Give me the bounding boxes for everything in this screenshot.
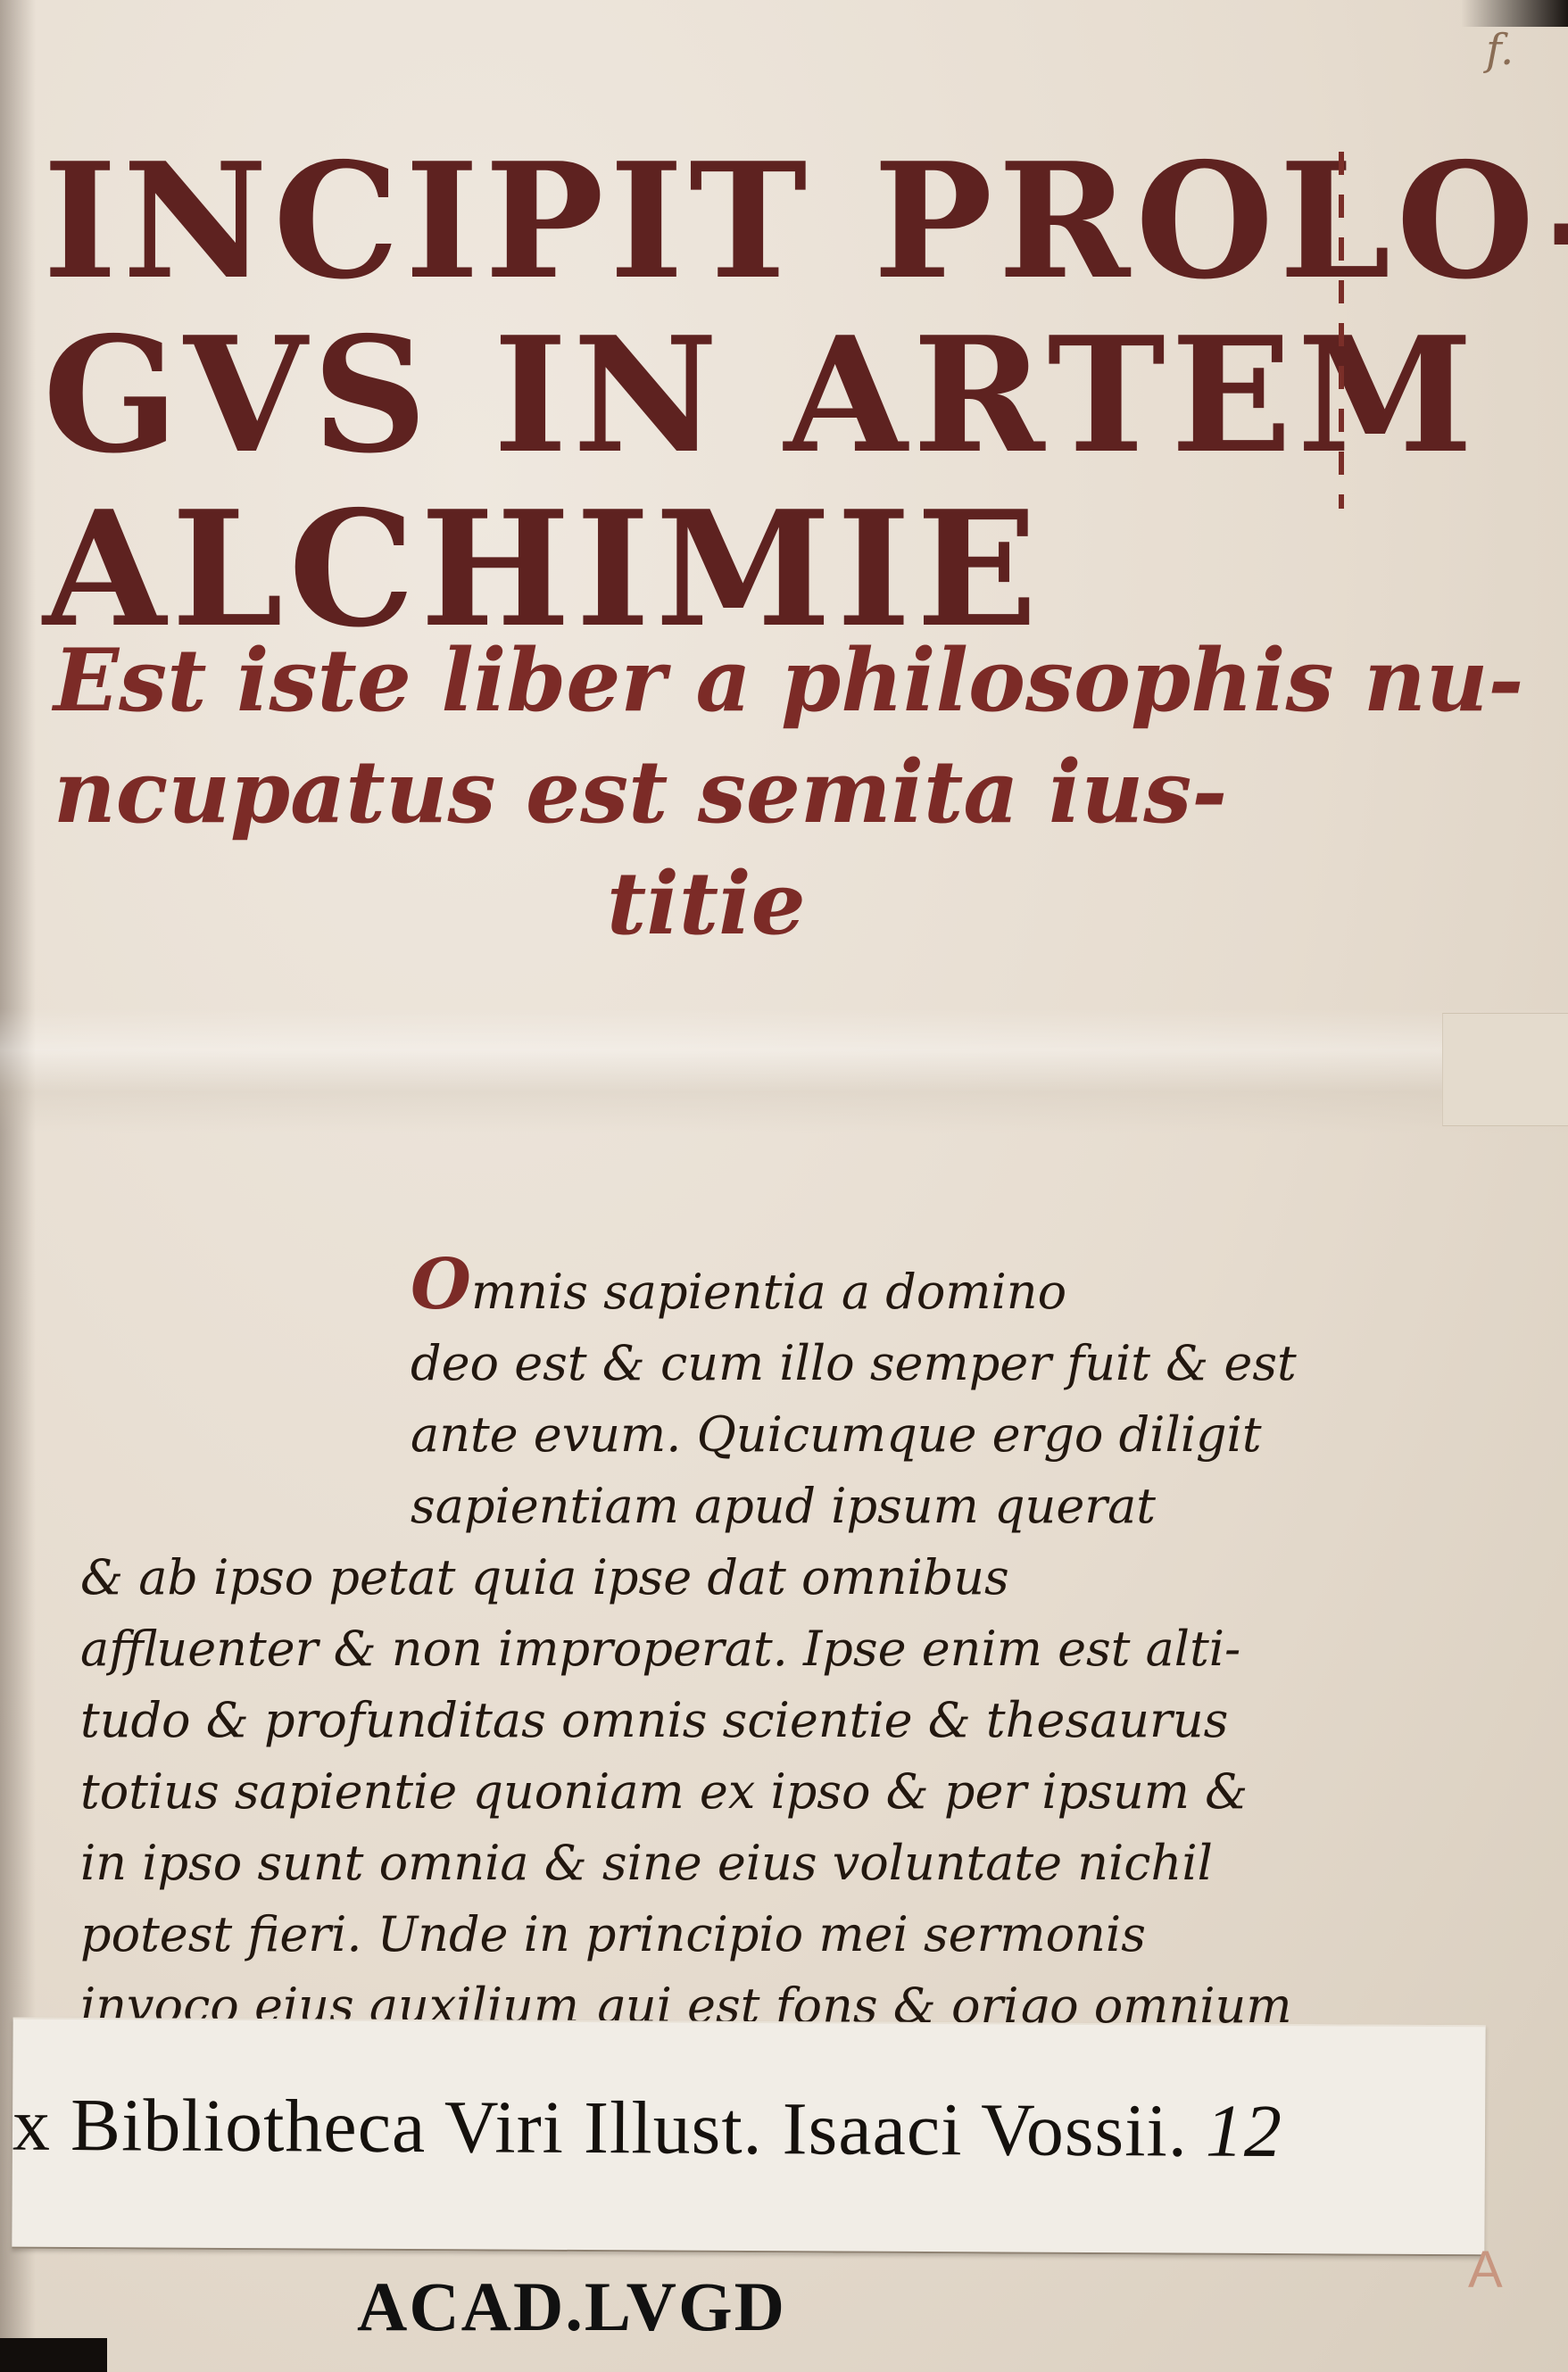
paper-repair-patch [1442, 1013, 1568, 1126]
pencil-mark: A [1468, 2240, 1503, 2300]
binding-corner [0, 2338, 107, 2372]
rubric-line: Est iste liber a philosophis nu- [54, 625, 1392, 736]
rubric-line: titie [54, 848, 1392, 959]
library-label-text: x Bibliotheca Viri Illust. Isaaci Vossii… [12, 2082, 1485, 2177]
decorated-initial: O [411, 1244, 471, 1325]
library-label: x Bibliotheca Viri Illust. Isaaci Vossii… [12, 2018, 1485, 2257]
label-number: 12 [1188, 2090, 1282, 2174]
text-line: potest fieri. Unde in principio mei serm… [80, 1899, 1473, 1970]
rubric: Est iste liber a philosophis nu- ncupatu… [54, 625, 1392, 959]
text-line: Omnis sapientia a domino [80, 1249, 1473, 1328]
text-line: sapientiam apud ipsum querat [80, 1471, 1473, 1542]
text-line: affluenter & non improperat. Ipse enim e… [80, 1613, 1473, 1685]
text-line: deo est & cum illo semper fuit & est [80, 1328, 1473, 1399]
binding-edge [1461, 0, 1568, 27]
text-line: in ipso sunt omnia & sine eius voluntate… [80, 1828, 1473, 1899]
dotted-rule-ornament [1339, 152, 1344, 509]
heading-line: GVS IN ARTEM [43, 308, 1364, 482]
manuscript-page: f. INCIPIT PROLO- GVS IN ARTEM ALCHIMIE … [0, 0, 1568, 2372]
text-line-content: mnis sapientia a domino [471, 1264, 1066, 1320]
gutter-shadow [0, 0, 36, 2372]
folio-mark: f. [1486, 25, 1514, 75]
text-line: tudo & profunditas omnis scientie & thes… [80, 1685, 1473, 1756]
heading-incipit: INCIPIT PROLO- GVS IN ARTEM ALCHIMIE [43, 134, 1364, 656]
rubric-line: ncupatus est semita ius- [54, 736, 1392, 848]
text-line: ante evum. Quicumque ergo diligit [80, 1399, 1473, 1471]
label-provenance: x Bibliotheca Viri Illust. Isaaci Vossii… [12, 2084, 1188, 2173]
library-stamp: ACAD.LVGD [357, 2267, 786, 2347]
body-text: Omnis sapientia a domino deo est & cum i… [80, 1249, 1473, 2042]
page-fold [0, 1008, 1568, 1133]
heading-line: INCIPIT PROLO- [43, 134, 1364, 308]
text-line: totius sapientie quoniam ex ipso & per i… [80, 1756, 1473, 1828]
text-line: & ab ipso petat quia ipse dat omnibus [80, 1542, 1473, 1613]
